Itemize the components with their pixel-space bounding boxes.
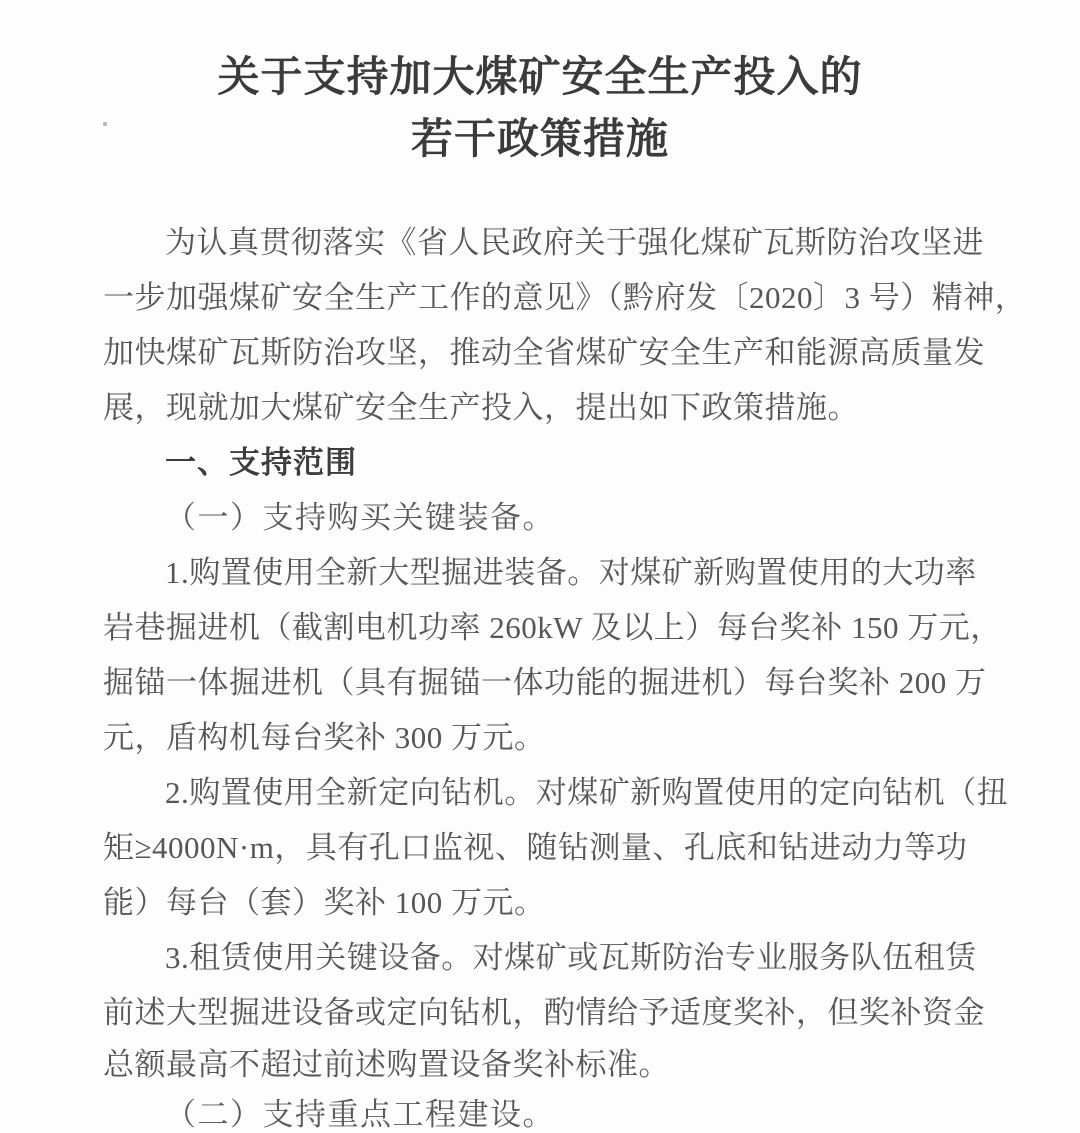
paragraph-line: 一步加强煤矿安全生产工作的意见》（黔府发〔2020〕3 号）精神， [103,279,983,317]
paragraph-line: 总额最高不超过前述购置设备奖补标准。 [103,1046,983,1084]
paragraph-line: 加快煤矿瓦斯防治攻坚，推动全省煤矿安全生产和能源高质量发 [103,334,983,372]
document-title-line-1: 关于支持加大煤矿安全生产投入的 [0,44,1080,104]
paragraph-line: 2.购置使用全新定向钻机。对煤矿新购置使用的定向钻机（扭 [103,774,983,812]
paragraph-line: 1.购置使用全新大型掘进装备。对煤矿新购置使用的大功率 [103,554,983,592]
paragraph-line: 展，现就加大煤矿安全生产投入，提出如下政策措施。 [103,389,983,427]
subsection-heading: （一）支持购买关键装备。 [103,499,983,537]
paragraph-line: 3.租赁使用关键设备。对煤矿或瓦斯防治专业服务队伍租赁 [103,939,983,977]
scanned-document-page: 关于支持加大煤矿安全生产投入的 若干政策措施 为认真贯彻落实《省人民政府关于强化… [0,0,1080,1133]
section-heading: 一、支持范围 [103,444,983,482]
document-title-line-2: 若干政策措施 [0,106,1080,166]
paragraph-line: 掘锚一体掘进机（具有掘锚一体功能的掘进机）每台奖补 200 万 [103,664,983,702]
paragraph-line: 元，盾构机每台奖补 300 万元。 [103,719,983,757]
paragraph-line: 前述大型掘进设备或定向钻机，酌情给予适度奖补，但奖补资金 [103,994,983,1032]
paragraph-line: 岩巷掘进机（截割电机功率 260kW 及以上）每台奖补 150 万元， [103,609,983,647]
paragraph-line: 能）每台（套）奖补 100 万元。 [103,884,983,922]
paragraph-line: 为认真贯彻落实《省人民政府关于强化煤矿瓦斯防治攻坚进 [103,224,983,262]
paragraph-line: 矩≥4000N·m，具有孔口监视、随钻测量、孔底和钻进动力等功 [103,829,983,867]
subsection-heading: （二）支持重点工程建设。 [103,1096,983,1133]
